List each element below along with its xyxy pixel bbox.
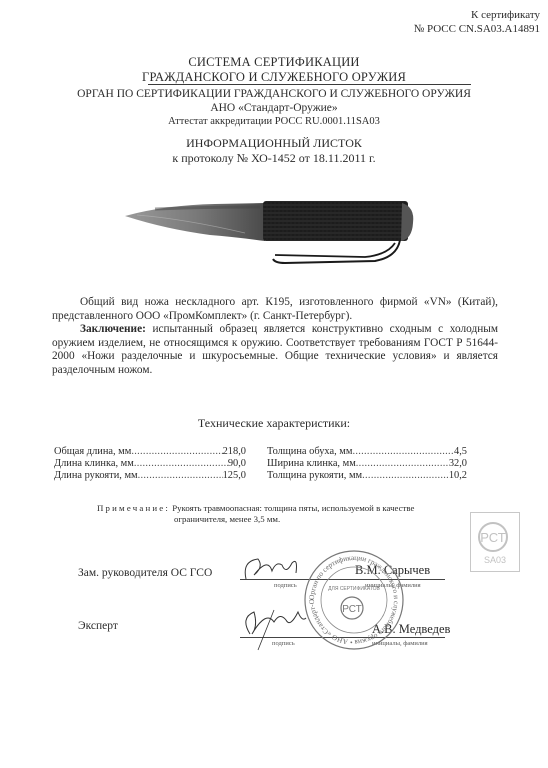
- system-title-line2: ГРАЖДАНСКОГО И СЛУЖЕБНОГО ОРУЖИЯ: [0, 70, 548, 85]
- note-line1: Примечание: Рукоять травмоопасная: толщи…: [97, 503, 457, 514]
- spec-value: 32,0: [449, 458, 467, 470]
- spec-label: Толщина рукояти, мм: [267, 470, 362, 482]
- spec-value: 10,2: [449, 470, 467, 482]
- signature-scribble: [240, 553, 310, 585]
- stamp-inner-text: ДЛЯ СЕРТИФИКАТОВ: [328, 586, 380, 592]
- specs-right-column: Толщина обуха, мм4,5 Ширина клинка, мм32…: [267, 446, 467, 482]
- system-title-line1: СИСТЕМА СЕРТИФИКАЦИИ: [0, 55, 548, 70]
- spec-label: Толщина обуха, мм: [267, 446, 352, 458]
- signer-role: Эксперт: [78, 620, 118, 632]
- info-sheet-heading: ИНФОРМАЦИОННЫЙ ЛИСТОК к протоколу № ХО-1…: [0, 136, 548, 166]
- rst-mark-icon: РСТ SA03: [471, 513, 519, 571]
- spec-row: Длина рукояти, мм125,0: [54, 470, 246, 482]
- rst-mark-code: SA03: [484, 555, 506, 565]
- conclusion-label: Заключение:: [80, 323, 146, 335]
- system-title: СИСТЕМА СЕРТИФИКАЦИИ ГРАЖДАНСКОГО И СЛУЖ…: [0, 55, 548, 85]
- conformity-mark: РСТ SA03: [470, 512, 520, 572]
- signer-role: Зам. руководителя ОС ГСО: [78, 567, 212, 579]
- protocol-reference: к протоколу № ХО-1452 от 18.11.2011 г.: [0, 151, 548, 166]
- certificate-ref-number: № РОСС CN.SA03.A14891: [380, 22, 540, 36]
- certificate-reference: К сертификату № РОСС CN.SA03.A14891: [380, 8, 540, 36]
- spec-row: Толщина обуха, мм4,5: [267, 446, 467, 458]
- note-block: Примечание: Рукоять травмоопасная: толщи…: [97, 503, 457, 525]
- specs-left-column: Общая длина, мм218,0 Длина клинка, мм90,…: [54, 446, 246, 482]
- note-label: Примечание:: [97, 503, 170, 513]
- spec-row: Общая длина, мм218,0: [54, 446, 246, 458]
- header-divider: [148, 84, 471, 85]
- spec-value: 125,0: [223, 470, 246, 482]
- certificate-ref-label: К сертификату: [380, 8, 540, 22]
- conclusion-paragraph: Заключение: испытанный образец является …: [52, 323, 498, 377]
- spec-value: 4,5: [454, 446, 467, 458]
- specs-title: Технические характеристики:: [0, 416, 548, 431]
- note-text: Рукоять травмоопасная: толщина пяты, исп…: [172, 503, 414, 513]
- spec-row: Ширина клинка, мм32,0: [267, 458, 467, 470]
- spec-value: 218,0: [223, 446, 246, 458]
- org-name: АНО «Стандарт-Оружие»: [0, 101, 548, 115]
- info-sheet-title: ИНФОРМАЦИОННЫЙ ЛИСТОК: [0, 136, 548, 151]
- spec-label: Длина клинка, мм: [54, 458, 134, 470]
- spec-row: Длина клинка, мм90,0: [54, 458, 246, 470]
- accreditation: Аттестат аккредитации РОСС RU.0001.11SA0…: [0, 115, 548, 129]
- spec-row: Толщина рукояти, мм10,2: [267, 470, 467, 482]
- knife-description: Общий вид ножа нескладного арт. К195, из…: [52, 296, 498, 323]
- official-stamp: Орган по сертификации гражданского и слу…: [302, 548, 406, 652]
- spec-label: Длина рукояти, мм: [54, 470, 138, 482]
- certification-body: ОРГАН ПО СЕРТИФИКАЦИИ ГРАЖДАНСКОГО И СЛУ…: [0, 87, 548, 129]
- organ-name: ОРГАН ПО СЕРТИФИКАЦИИ ГРАЖДАНСКОГО И СЛУ…: [0, 87, 548, 101]
- spec-label: Общая длина, мм: [54, 446, 131, 458]
- spec-value: 90,0: [228, 458, 246, 470]
- svg-text:РСТ: РСТ: [342, 604, 362, 615]
- note-line2: ограничителя, менее 3,5 мм.: [97, 514, 457, 525]
- rst-mark-symbol: РСТ: [480, 530, 505, 545]
- knife-image: [125, 195, 415, 280]
- description-block: Общий вид ножа нескладного арт. К195, из…: [52, 296, 498, 378]
- spec-label: Ширина клинка, мм: [267, 458, 356, 470]
